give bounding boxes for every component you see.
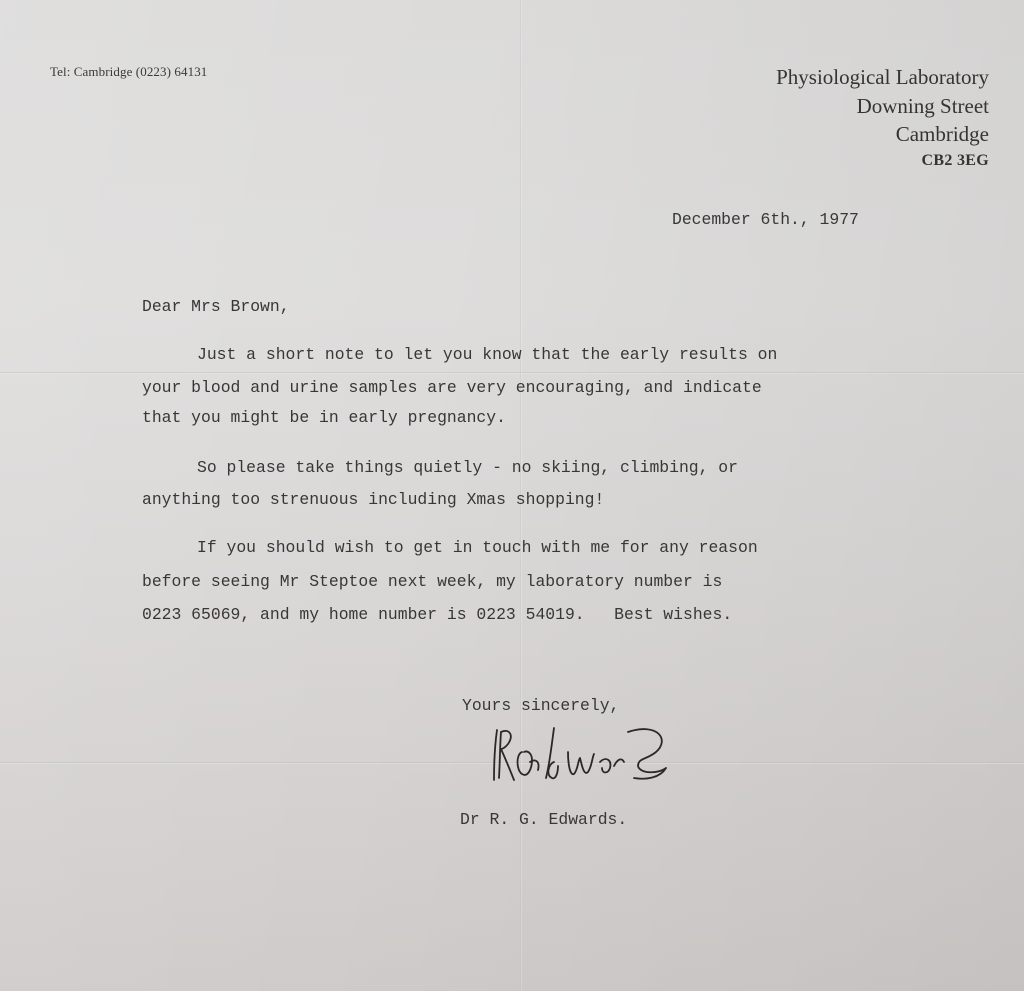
paper-fold-horizontal [0, 372, 1024, 374]
salutation: Dear Mrs Brown, [142, 297, 290, 316]
paragraph-1-line-1: Just a short note to let you know that t… [142, 345, 777, 364]
letter-date: December 6th., 1977 [672, 210, 859, 229]
letterhead-telephone: Tel: Cambridge (0223) 64131 [50, 64, 207, 80]
paragraph-3-line-1: If you should wish to get in touch with … [142, 538, 758, 557]
paragraph-2-line-1: So please take things quietly - no skiin… [142, 458, 738, 477]
letterhead-address: Physiological Laboratory Downing Street … [776, 63, 989, 173]
paragraph-3-line-2: before seeing Mr Steptoe next week, my l… [142, 572, 722, 591]
signature-handwritten [488, 722, 678, 787]
paragraph-2-line-2: anything too strenuous including Xmas sh… [142, 490, 604, 509]
closing: Yours sincerely, [462, 696, 619, 715]
address-line-institution: Physiological Laboratory [776, 63, 989, 92]
sender-name: Dr R. G. Edwards. [460, 810, 627, 829]
address-postcode: CB2 3EG [776, 149, 989, 173]
paragraph-3-line-3: 0223 65069, and my home number is 0223 5… [142, 605, 732, 624]
paragraph-1-line-2: your blood and urine samples are very en… [142, 378, 762, 397]
address-line-city: Cambridge [776, 120, 989, 149]
address-line-street: Downing Street [776, 92, 989, 121]
paragraph-1-line-3: that you might be in early pregnancy. [142, 408, 506, 427]
letter-page: Tel: Cambridge (0223) 64131 Physiologica… [0, 0, 1024, 991]
